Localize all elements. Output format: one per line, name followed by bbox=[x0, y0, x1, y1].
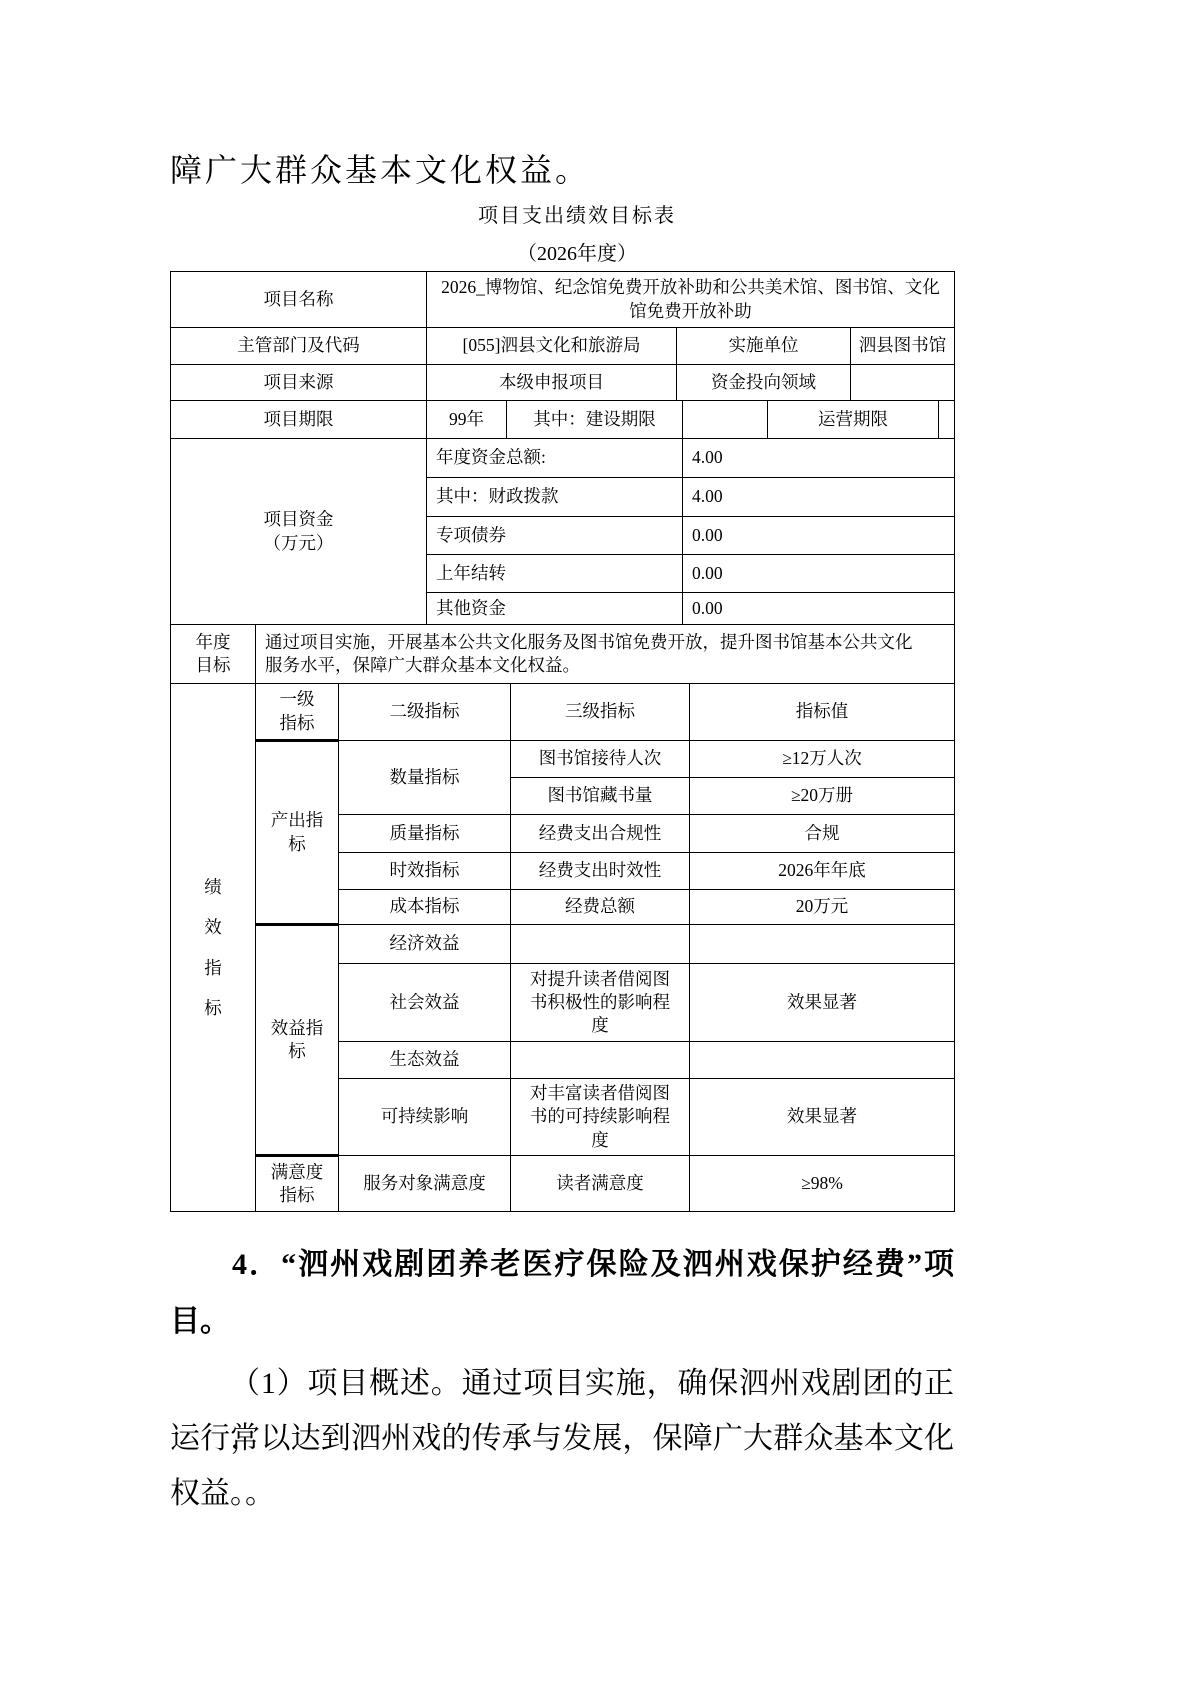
table-subtitle: （2026年度） bbox=[200, 242, 954, 266]
build-period-value bbox=[683, 401, 768, 439]
perf-header-l2: 二级指标 bbox=[339, 684, 511, 741]
satisfaction-group-label: 满意度 指标 bbox=[256, 1156, 339, 1212]
sustain-impact-value: 效果显著 bbox=[690, 1079, 955, 1156]
paragraph-line2: 运行，以达到泗州戏的传承与发展，保障广大群众基本文化 bbox=[170, 1411, 954, 1466]
project-name-table: 项目名称 2026_博物馆、纪念馆免费开放补助和公共美术馆、图书馆、文化 馆免费… bbox=[170, 271, 955, 328]
invest-field-label: 资金投向领域 bbox=[677, 365, 851, 401]
library-collection-label: 图书馆藏书量 bbox=[511, 778, 690, 815]
section-paragraph: （1）项目概述。通过项目实施，确保泗州戏剧团的正常 运行，以达到泗州戏的传承与发… bbox=[170, 1356, 954, 1521]
sustain-impact-label: 可持续影响 bbox=[339, 1079, 511, 1156]
quality-indicator-l3: 经费支出合规性 bbox=[511, 815, 690, 853]
impl-unit-label: 实施单位 bbox=[677, 328, 851, 365]
funds-label: 项目资金 （万元） bbox=[171, 439, 427, 625]
period-table: 项目期限 99年 其中：建设期限 运营期限 bbox=[170, 400, 955, 439]
annual-goal-label: 年度 目标 bbox=[171, 625, 256, 684]
dept-value: [055]泗县文化和旅游局 bbox=[427, 328, 677, 365]
time-indicator-value: 2026年年底 bbox=[690, 853, 955, 890]
library-visits-value: ≥12万人次 bbox=[690, 741, 955, 778]
perf-header-l3: 三级指标 bbox=[511, 684, 690, 741]
intro-line: 障广大群众基本文化权益。 bbox=[170, 150, 954, 190]
performance-table: 绩 效 指 标 一级 指标 二级指标 三级指标 指标值 产出指 标 数量指标 图… bbox=[170, 683, 955, 1212]
funds-carryover-value: 0.00 bbox=[683, 555, 955, 593]
impl-unit-value: 泗县图书馆 bbox=[851, 328, 955, 365]
project-name-value: 2026_博物馆、纪念馆免费开放补助和公共美术馆、图书馆、文化 馆免费开放补助 bbox=[427, 272, 955, 328]
invest-field-value bbox=[851, 365, 955, 401]
funds-bond-label: 专项债券 bbox=[427, 517, 683, 555]
funds-total-value: 4.00 bbox=[683, 439, 955, 478]
funds-bond-value: 0.00 bbox=[683, 517, 955, 555]
satisfaction-l3: 读者满意度 bbox=[511, 1156, 690, 1212]
section-heading-line2: 目。 bbox=[170, 1293, 954, 1350]
perf-header-l1: 一级 指标 bbox=[256, 684, 339, 741]
section-heading-line1: 4．“泗州戏剧团养老医疗保险及泗州戏保护经费”项 bbox=[170, 1236, 954, 1293]
source-value: 本级申报项目 bbox=[427, 365, 677, 401]
social-benefit-value: 效果显著 bbox=[690, 964, 955, 1042]
period-label: 项目期限 bbox=[171, 401, 427, 439]
cost-indicator-value: 20万元 bbox=[690, 890, 955, 925]
economic-benefit-label: 经济效益 bbox=[339, 925, 511, 964]
economic-benefit-l3 bbox=[511, 925, 690, 964]
library-visits-label: 图书馆接待人次 bbox=[511, 741, 690, 778]
output-group-label: 产出指 标 bbox=[256, 741, 339, 925]
quality-indicator-value: 合规 bbox=[690, 815, 955, 853]
build-period-label: 其中：建设期限 bbox=[507, 401, 683, 439]
social-benefit-l3: 对提升读者借阅图 书积极性的影响程 度 bbox=[511, 964, 690, 1042]
time-indicator-l3: 经费支出时效性 bbox=[511, 853, 690, 890]
satisfaction-value: ≥98% bbox=[690, 1156, 955, 1212]
annual-goal-table: 年度 目标 通过项目实施，开展基本公共文化服务及图书馆免费开放，提升图书馆基本公… bbox=[170, 624, 955, 684]
annual-goal-value: 通过项目实施，开展基本公共文化服务及图书馆免费开放，提升图书馆基本公共文化 服务… bbox=[256, 625, 955, 684]
document-page: 障广大群众基本文化权益。 项目支出绩效目标表 （2026年度） 项目名称 202… bbox=[170, 0, 954, 1521]
time-indicator-label: 时效指标 bbox=[339, 853, 511, 890]
project-name-label: 项目名称 bbox=[171, 272, 427, 328]
library-collection-value: ≥20万册 bbox=[690, 778, 955, 815]
quantity-indicator-label: 数量指标 bbox=[339, 741, 511, 815]
funds-other-value: 0.00 bbox=[683, 593, 955, 625]
funds-fiscal-value: 4.00 bbox=[683, 478, 955, 517]
table-title: 项目支出绩效目标表 bbox=[200, 204, 954, 228]
funds-carryover-label: 上年结转 bbox=[427, 555, 683, 593]
operate-period-label: 运营期限 bbox=[768, 401, 939, 439]
dept-source-table: 主管部门及代码 [055]泗县文化和旅游局 实施单位 泗县图书馆 项目来源 本级… bbox=[170, 327, 955, 401]
cost-indicator-l3: 经费总额 bbox=[511, 890, 690, 925]
source-label: 项目来源 bbox=[171, 365, 427, 401]
period-value: 99年 bbox=[427, 401, 507, 439]
dept-label: 主管部门及代码 bbox=[171, 328, 427, 365]
section-4: 4．“泗州戏剧团养老医疗保险及泗州戏保护经费”项 目。 （1）项目概述。通过项目… bbox=[170, 1236, 954, 1521]
quality-indicator-label: 质量指标 bbox=[339, 815, 511, 853]
sustain-impact-l3: 对丰富读者借阅图 书的可持续影响程 度 bbox=[511, 1079, 690, 1156]
satisfaction-l2: 服务对象满意度 bbox=[339, 1156, 511, 1212]
ecological-benefit-label: 生态效益 bbox=[339, 1042, 511, 1079]
social-benefit-label: 社会效益 bbox=[339, 964, 511, 1042]
operate-period-value bbox=[939, 401, 955, 439]
perf-label: 绩 效 指 标 bbox=[171, 684, 256, 1212]
ecological-benefit-value bbox=[690, 1042, 955, 1079]
paragraph-line3: 权益。。 bbox=[170, 1466, 954, 1521]
perf-header-value: 指标值 bbox=[690, 684, 955, 741]
economic-benefit-value bbox=[690, 925, 955, 964]
paragraph-line1: （1）项目概述。通过项目实施，确保泗州戏剧团的正常 bbox=[170, 1356, 954, 1411]
benefit-group-label: 效益指 标 bbox=[256, 925, 339, 1156]
funds-table: 项目资金 （万元） 年度资金总额: 4.00 其中：财政拨款 4.00 专项债券… bbox=[170, 438, 955, 625]
cost-indicator-label: 成本指标 bbox=[339, 890, 511, 925]
ecological-benefit-l3 bbox=[511, 1042, 690, 1079]
funds-fiscal-label: 其中：财政拨款 bbox=[427, 478, 683, 517]
funds-other-label: 其他资金 bbox=[427, 593, 683, 625]
funds-total-label: 年度资金总额: bbox=[427, 439, 683, 478]
